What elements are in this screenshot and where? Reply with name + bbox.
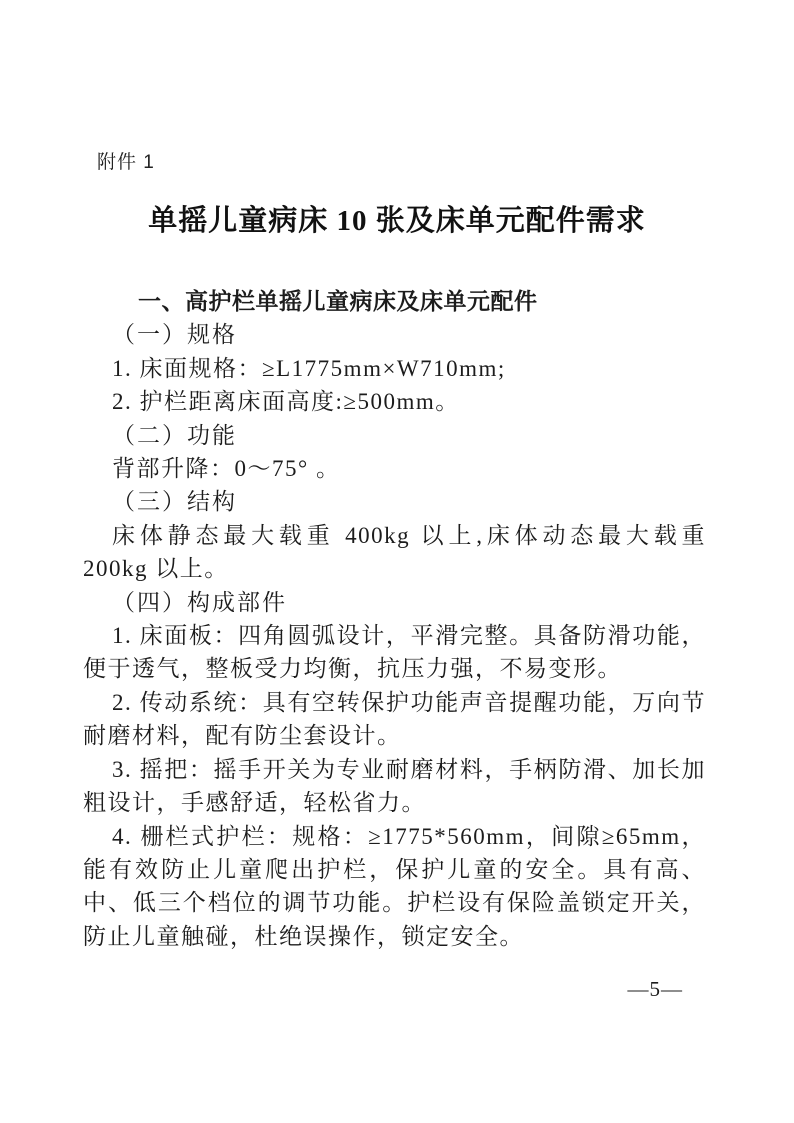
- sub-heading-functions: （二）功能: [83, 419, 706, 452]
- document-page: 附件 1 单摇儿童病床 10 张及床单元配件需求 一、高护栏单摇儿童病床及床单元…: [0, 0, 794, 1123]
- section-heading-high-rail-bed: 一、高护栏单摇儿童病床及床单元配件: [83, 285, 706, 318]
- sub-heading-components: （四）构成部件: [83, 586, 706, 619]
- sub-heading-structure: （三）结构: [83, 485, 706, 518]
- component-item-bed-board: 1. 床面板：四角圆弧设计，平滑完整。具备防滑功能，便于透气，整板受力均衡，抗压…: [83, 619, 706, 686]
- component-item-fence-rail: 4. 栅栏式护栏：规格：≥1775*560mm，间隙≥65mm，能有效防止儿童爬…: [83, 820, 706, 954]
- spec-item-rail-height: 2. 护栏距离床面高度:≥500mm。: [83, 385, 706, 418]
- component-item-drive-system: 2. 传动系统：具有空转保护功能声音提醒功能，万向节耐磨材料，配有防尘套设计。: [83, 686, 706, 753]
- structure-load-capacity: 床体静态最大载重 400kg 以上,床体动态最大载重 200kg 以上。: [83, 519, 706, 586]
- page-number: —5—: [628, 977, 684, 1002]
- component-item-crank-handle: 3. 摇把：摇手开关为专业耐磨材料，手柄防滑、加长加粗设计，手感舒适，轻松省力。: [83, 753, 706, 820]
- function-back-lift: 背部升降：0～75° 。: [83, 452, 706, 485]
- attachment-label: 附件 1: [97, 147, 155, 174]
- document-title: 单摇儿童病床 10 张及床单元配件需求: [40, 198, 754, 239]
- spec-item-bed-surface: 1. 床面规格：≥L1775mm×W710mm;: [83, 352, 706, 385]
- document-body: 一、高护栏单摇儿童病床及床单元配件 （一）规格 1. 床面规格：≥L1775mm…: [83, 285, 706, 953]
- sub-heading-specifications: （一）规格: [83, 318, 706, 351]
